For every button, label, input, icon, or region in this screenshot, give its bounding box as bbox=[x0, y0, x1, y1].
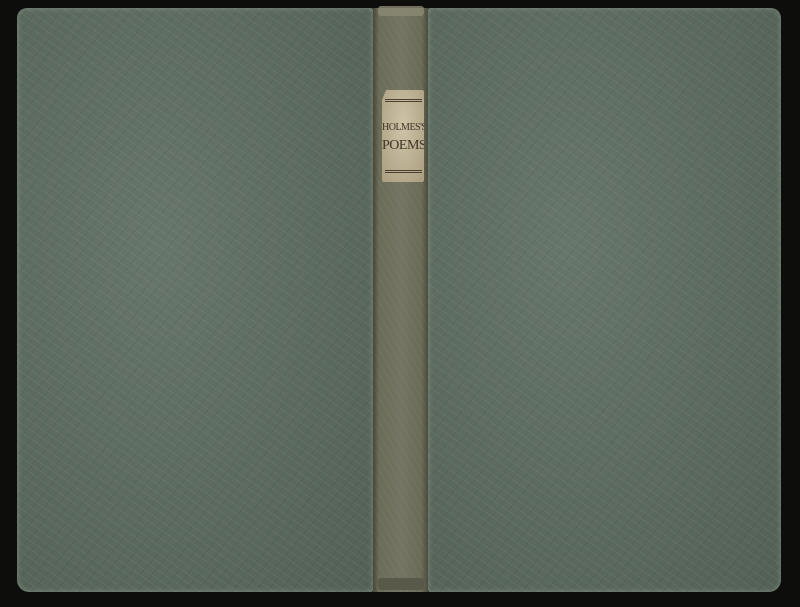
spine-head-cap bbox=[378, 6, 424, 16]
label-rule-top-2 bbox=[385, 101, 422, 102]
label-rule-bottom-2 bbox=[385, 172, 422, 173]
label-title: POEMS bbox=[382, 138, 424, 154]
spine-tail-cap bbox=[378, 578, 424, 590]
label-rule-bottom bbox=[385, 170, 422, 171]
front-board bbox=[428, 8, 781, 592]
spine-paper-label: HOLMES'S POEMS bbox=[382, 90, 424, 182]
back-board bbox=[17, 8, 373, 592]
label-rule-top bbox=[385, 99, 422, 100]
label-author: HOLMES'S bbox=[382, 122, 424, 133]
